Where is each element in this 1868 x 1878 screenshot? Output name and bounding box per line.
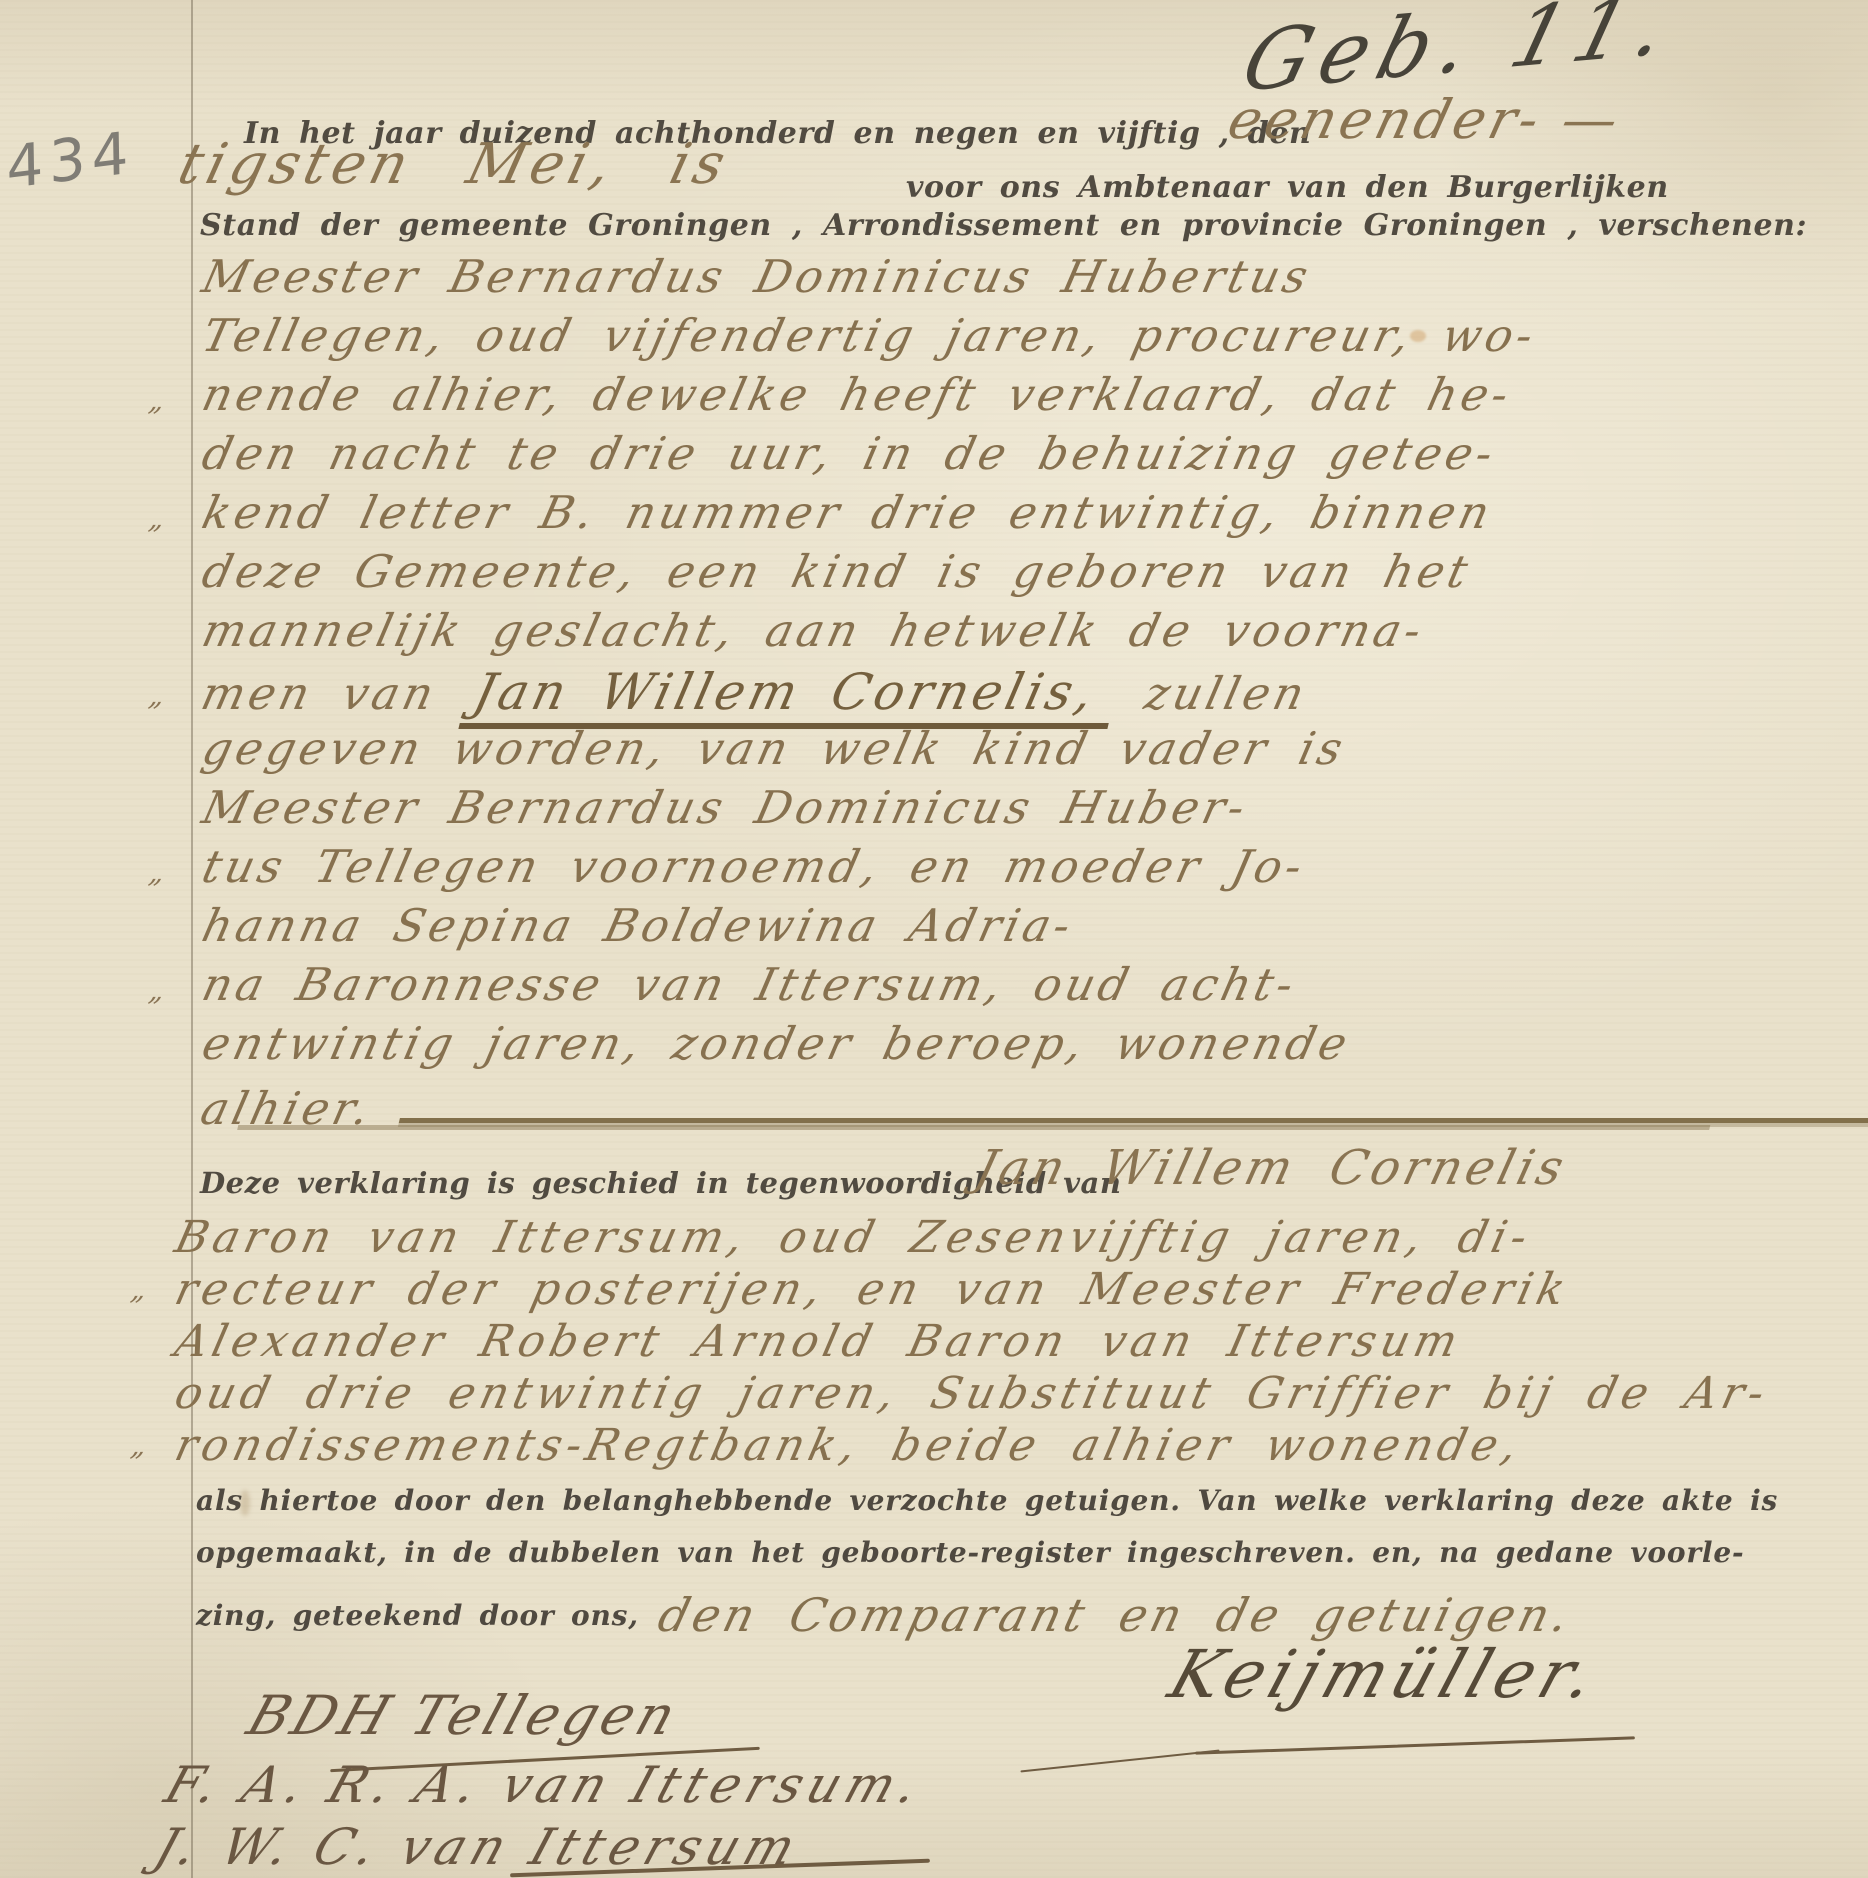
closing-section: als hiertoe door den belanghebbende verz…: [196, 1484, 1756, 1640]
handwritten-line: „tus Tellegen voornoemd, en moeder Jo-: [196, 840, 1600, 899]
handwritten-line: mannelijk geslacht, aan hetwelk de voorn…: [196, 604, 1600, 663]
handwritten-date-part-1: eenender- —: [1222, 88, 1629, 151]
handwritten-line: Tellegen, oud vijfendertig jaren, procur…: [196, 309, 1600, 368]
handwritten-text: oud drie entwintig jaren, Substituut Gri…: [170, 1368, 1774, 1419]
handwritten-line: „rondissements-Regtbank, beide alhier wo…: [170, 1420, 1868, 1472]
handwritten-text: men van: [196, 667, 442, 720]
handwritten-text: zullen: [1140, 667, 1313, 720]
handwritten-line: „kend letter B. nummer drie entwintig, b…: [196, 486, 1600, 545]
handwritten-text: Alexander Robert Arnold Baron van Itters…: [170, 1316, 1467, 1367]
margin-continuation-mark: „: [146, 974, 170, 1007]
declaration-closing-line: alhier.: [196, 1076, 1868, 1135]
handwritten-witness-name: Jan Willem Cornelis: [970, 1140, 1573, 1196]
margin-continuation-mark: „: [146, 679, 170, 712]
printed-closing-line-1: als hiertoe door den belanghebbende verz…: [196, 1484, 1756, 1536]
handwritten-text: Tellegen, oud vijfendertig jaren, procur…: [197, 309, 1542, 362]
witness-section: Deze verklaring is geschied in tegenwoor…: [170, 1150, 1868, 1472]
margin-number: 434: [6, 118, 135, 202]
margin-rule: [191, 0, 193, 1878]
handwritten-line: Alexander Robert Arnold Baron van Itters…: [170, 1316, 1868, 1368]
handwritten-text: tus Tellegen voornoemd, en moeder Jo-: [197, 840, 1311, 893]
child-name: Jan Willem Cornelis,: [459, 663, 1123, 729]
handwritten-text: alhier.: [196, 1082, 378, 1135]
printed-closing-line-3: zing, geteekend door ons,den Comparant e…: [196, 1588, 1756, 1640]
printed-municipality-line: Stand der gemeente Groningen , Arrondiss…: [200, 208, 1807, 243]
witness1-signature: F. A. R. A. van Ittersum.: [158, 1756, 932, 1814]
handwritten-text: entwintig jaren, zonder beroep, wonende: [197, 1017, 1356, 1070]
margin-continuation-mark: „: [128, 1429, 152, 1462]
handwritten-line: oud drie entwintig jaren, Substituut Gri…: [170, 1368, 1868, 1420]
witness-intro-line: Deze verklaring is geschied in tegenwoor…: [170, 1150, 1868, 1212]
handwritten-text: Baron van Ittersum, oud Zesenvijftig jar…: [170, 1212, 1537, 1263]
handwritten-line: den nacht te drie uur, in de behuizing g…: [196, 427, 1600, 486]
handwritten-closing-insert: den Comparant en de getuigen.: [653, 1588, 1578, 1642]
margin-continuation-mark: „: [146, 502, 170, 535]
handwritten-line: Meester Bernardus Dominicus Huber-: [196, 781, 1600, 840]
handwritten-line: Meester Bernardus Dominicus Hubertus: [196, 250, 1600, 309]
handwritten-line: „na Baronnesse van Ittersum, oud acht-: [196, 958, 1600, 1017]
handwritten-line: deze Gemeente, een kind is geboren van h…: [196, 545, 1600, 604]
handwritten-text: mannelijk geslacht, aan hetwelk de voorn…: [197, 604, 1430, 657]
handwritten-text: hanna Sepina Boldewina Adria-: [197, 899, 1079, 952]
printed-closing-line-2: opgemaakt, in de dubbelen van het geboor…: [196, 1536, 1756, 1588]
margin-continuation-mark: „: [146, 856, 170, 889]
handwritten-text: Meester Bernardus Dominicus Hubertus: [197, 250, 1316, 303]
handwritten-line: Baron van Ittersum, oud Zesenvijftig jar…: [170, 1212, 1868, 1264]
declaration-section: Meester Bernardus Dominicus Hubertus Tel…: [196, 250, 1586, 1135]
birth-record-page: 434 Geb. 11. In het jaar duizend achthon…: [0, 0, 1868, 1878]
handwritten-text: gegeven worden, van welk kind vader is: [197, 722, 1351, 775]
signature-flourish: [1020, 1750, 1219, 1773]
printed-text: zing, geteekend door ons,: [196, 1599, 639, 1632]
margin-continuation-mark: „: [146, 384, 170, 417]
handwritten-text: Meester Bernardus Dominicus Huber-: [197, 781, 1253, 834]
declarant-signature: BDH Tellegen: [240, 1684, 687, 1747]
handwritten-text: nende alhier, dewelke heeft verklaard, d…: [197, 368, 1517, 421]
paragraph-closing-rule: [399, 1118, 1868, 1123]
handwritten-line: „recteur der posterijen, en van Meester …: [170, 1264, 1868, 1316]
handwritten-date-part-2: tigsten Mei, is: [172, 132, 736, 197]
margin-continuation-mark: „: [128, 1273, 152, 1306]
printed-official-line: voor ons Ambtenaar van den Burgerlijken: [906, 170, 1669, 205]
handwritten-text: deze Gemeente, een kind is geboren van h…: [197, 545, 1476, 598]
handwritten-line: gegeven worden, van welk kind vader is: [196, 722, 1600, 781]
handwritten-text: recteur der posterijen, en van Meester F…: [170, 1264, 1575, 1315]
registrar-signature: Keijmüller.: [1160, 1636, 1611, 1713]
child-name-line: „men van Jan Willem Cornelis, zullen: [196, 663, 1600, 722]
witness-lines: Baron van Ittersum, oud Zesenvijftig jar…: [170, 1212, 1868, 1472]
handwritten-line: hanna Sepina Boldewina Adria-: [196, 899, 1600, 958]
handwritten-text: na Baronnesse van Ittersum, oud acht-: [197, 958, 1302, 1011]
handwritten-text: kend letter B. nummer drie entwintig, bi…: [197, 486, 1498, 539]
handwritten-text: den nacht te drie uur, in de behuizing g…: [197, 427, 1502, 480]
handwritten-line: entwintig jaren, zonder beroep, wonende: [196, 1017, 1600, 1076]
declaration-lines-before-name: Meester Bernardus Dominicus Hubertus Tel…: [196, 250, 1586, 663]
signature-underline: [1195, 1736, 1635, 1754]
declaration-lines-after-name: gegeven worden, van welk kind vader is M…: [196, 722, 1586, 1076]
handwritten-text: rondissements-Regtbank, beide alhier won…: [170, 1420, 1527, 1471]
handwritten-line: „nende alhier, dewelke heeft verklaard, …: [196, 368, 1600, 427]
